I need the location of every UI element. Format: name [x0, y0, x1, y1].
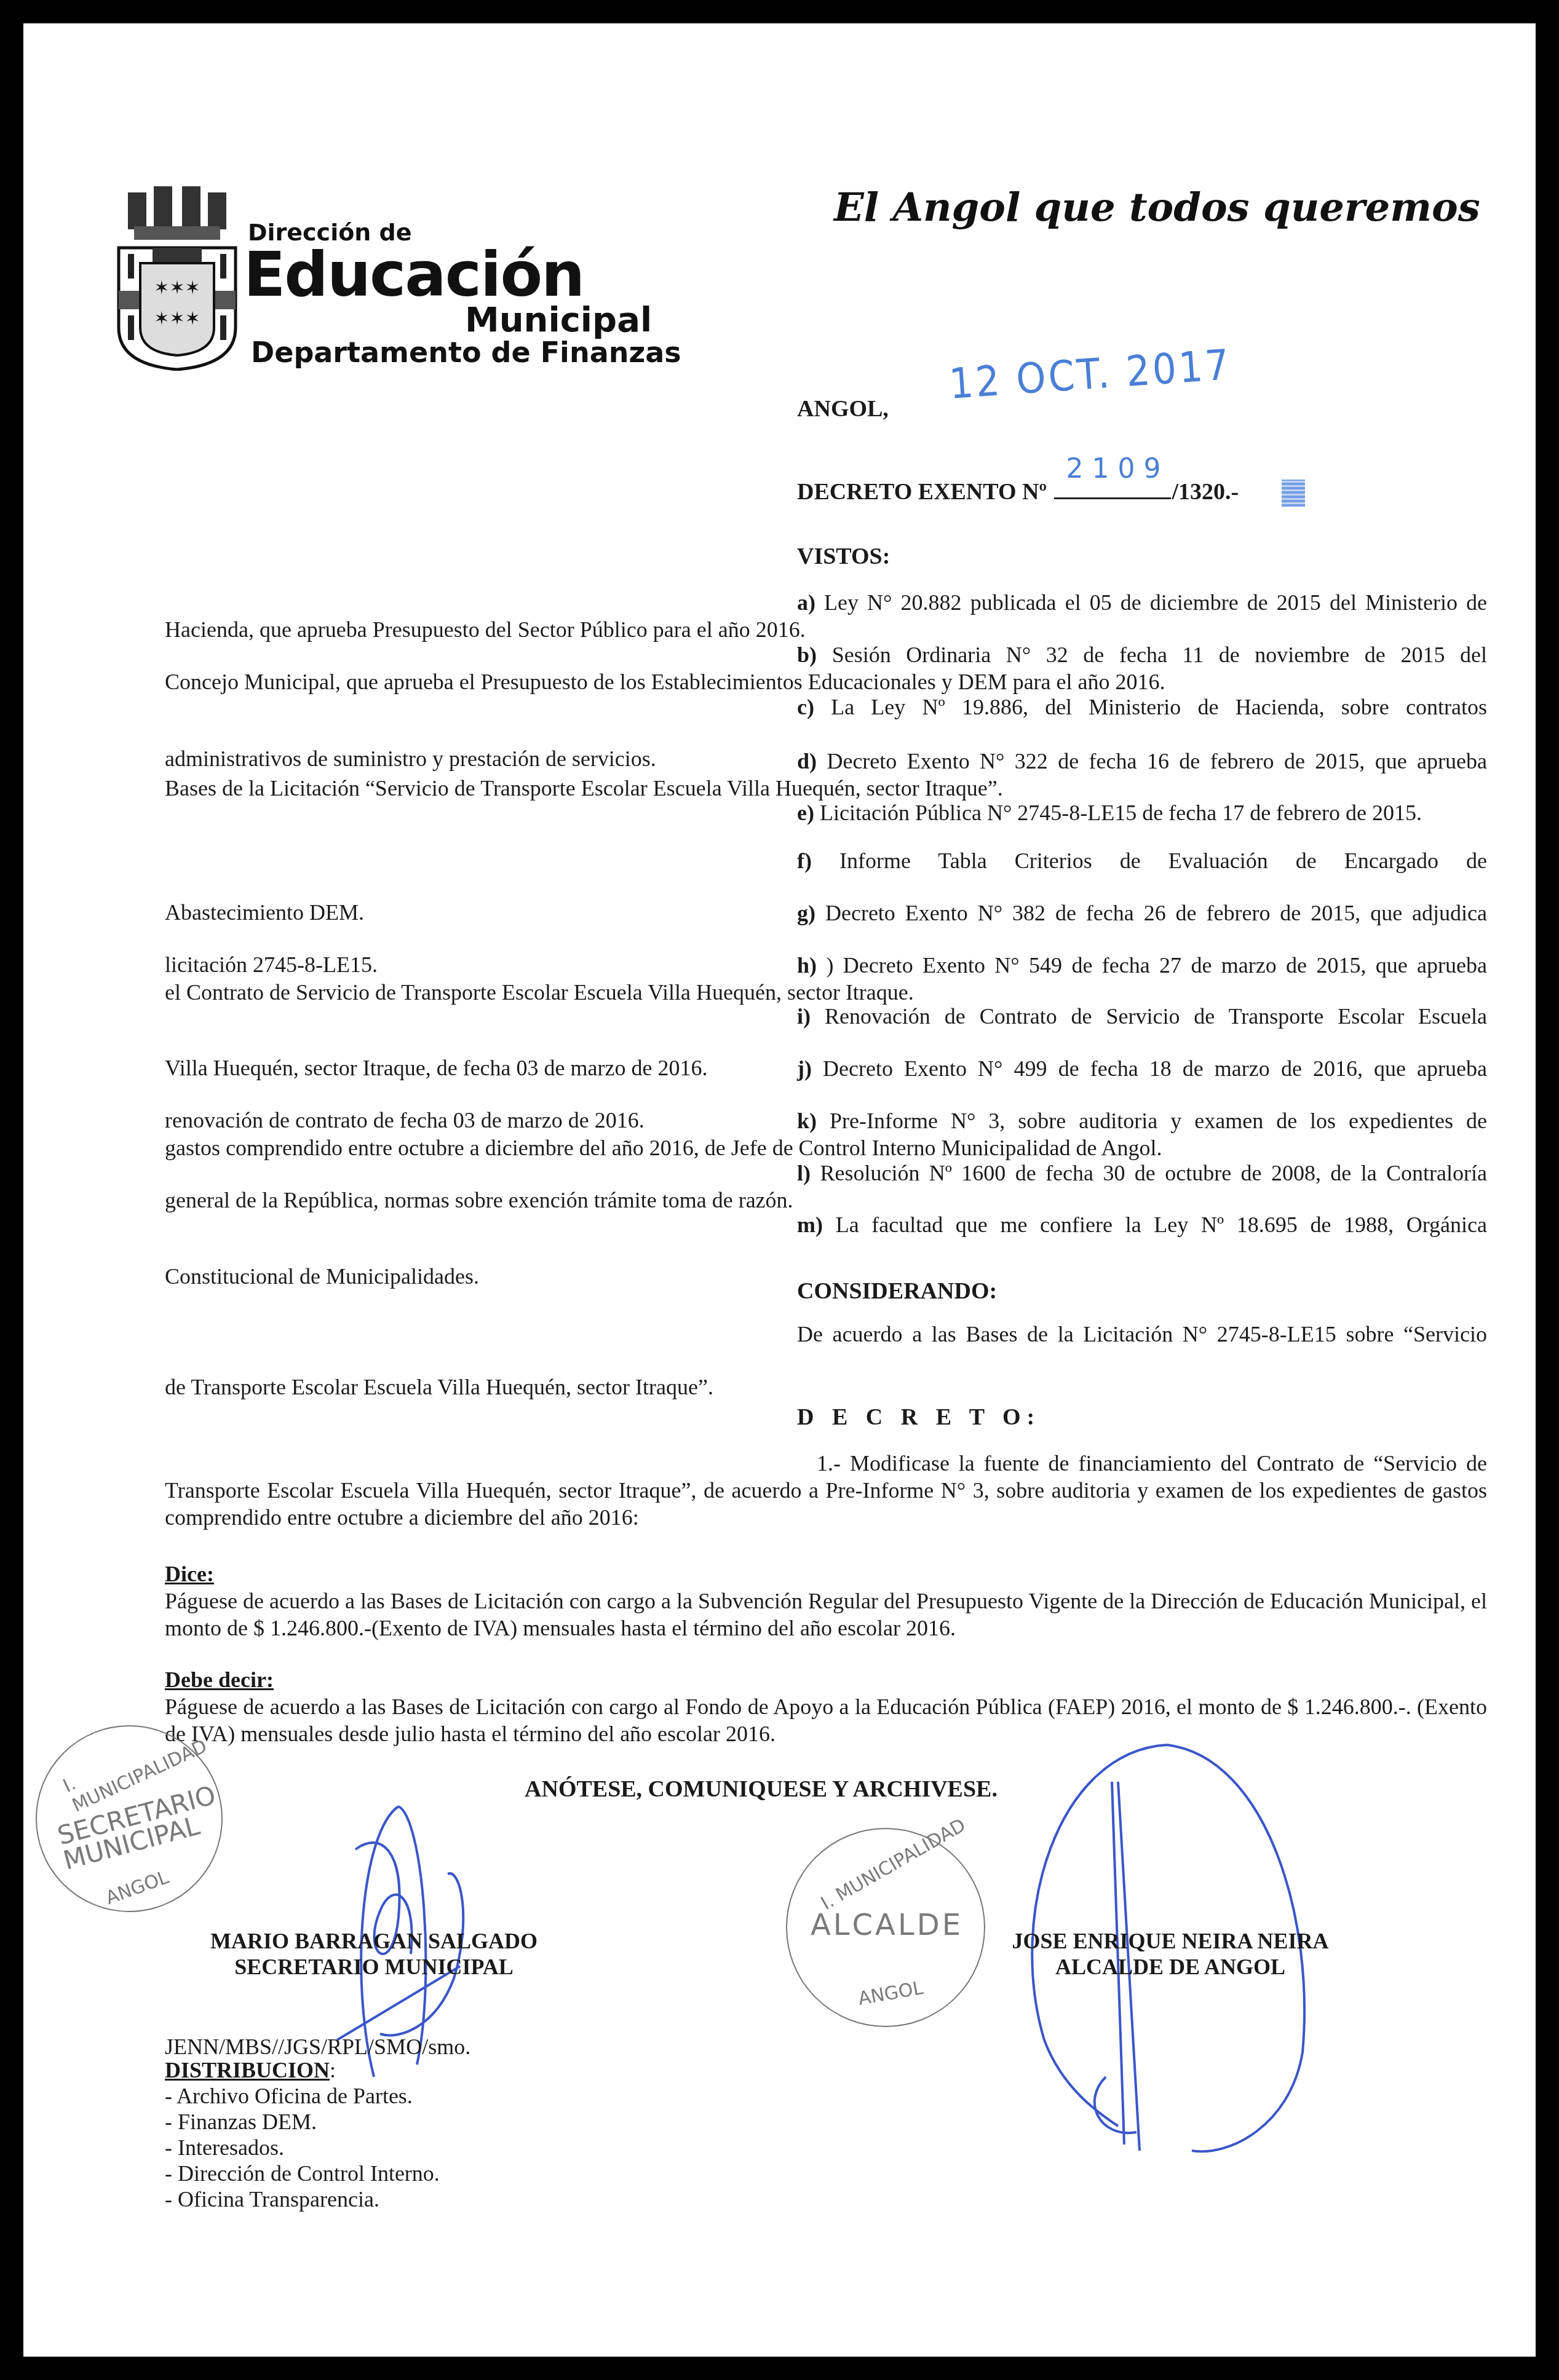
decreto-item-1: 1.- Modificase la fuente de financiamien…: [165, 1450, 1487, 1531]
motto: El Angol que todos queremos: [834, 184, 1480, 231]
decree-page: ✶✶✶ ✶✶✶ Dirección de Educación Municipal…: [23, 23, 1536, 2357]
vistos-heading: VISTOS:: [797, 543, 890, 570]
vistos-item: e) Licitación Pública N° 2745-8-LE15 de …: [165, 799, 1487, 826]
considerando-paragraph: De acuerdo a las Bases de la Licitación …: [165, 1321, 1487, 1401]
decree-number-line: DECRETO EXENTO Nº 2109/1320.-: [797, 478, 1239, 505]
initials-line: JENN/MBS//JGS/RPL/SMO/smo.: [165, 2034, 470, 2060]
considerando-heading: CONSIDERANDO:: [797, 1278, 997, 1305]
letterhead-line3: Municipal: [465, 300, 652, 340]
vistos-item: k) Pre-Informe N° 3, sobre auditoria y e…: [165, 1107, 1487, 1161]
decree-number-stamp: 2109: [1066, 453, 1170, 484]
svg-text:✶✶✶: ✶✶✶: [154, 278, 200, 298]
vistos-item: a) Ley N° 20.882 publicada el 05 de dici…: [165, 589, 1487, 643]
decree-label: DECRETO EXENTO Nº: [797, 479, 1047, 505]
small-stamp-mark: [1282, 480, 1305, 507]
secretario-seal: I. MUNICIPALIDAD SECRETARIO MUNICIPAL AN…: [36, 1725, 223, 1912]
svg-text:✶✶✶: ✶✶✶: [154, 309, 200, 329]
distribution-item: - Archivo Oficina de Partes.: [165, 2083, 440, 2109]
distribution-item: - Dirección de Control Interno.: [165, 2161, 440, 2186]
dice-section: Dice: Páguese de acuerdo a las Bases de …: [165, 1560, 1487, 1642]
distribution-list: DISTRIBUCION: - Archivo Oficina de Parte…: [165, 2057, 440, 2212]
alcalde-signature-block: JOSE ENRIQUE NEIRA NEIRA ALCALDE DE ANGO…: [998, 1928, 1343, 1980]
alcalde-seal: I. MUNICIPALIDAD ALCALDE ANGOL: [786, 1828, 985, 2027]
debe-decir-title: Debe decir:: [165, 1667, 274, 1692]
decree-suffix: /1320.-: [1172, 479, 1239, 505]
closing-formula: ANÓTESE, COMUNIQUESE Y ARCHIVESE.: [525, 1776, 998, 1803]
distribution-title: DISTRIBUCION: [165, 2058, 330, 2082]
distribution-item: - Finanzas DEM.: [165, 2109, 440, 2135]
distribution-items: - Archivo Oficina de Partes.- Finanzas D…: [165, 2083, 440, 2212]
distribution-item: - Interesados.: [165, 2135, 440, 2161]
secretario-title: SECRETARIO MUNICIPAL: [183, 1954, 565, 1980]
city-heading: ANGOL,: [797, 395, 889, 422]
vistos-item: d) Decreto Exento N° 322 de fecha 16 de …: [165, 748, 1487, 802]
date-stamp: 12 OCT. 2017: [948, 341, 1233, 409]
secretario-signature-block: MARIO BARRAGAN SALGADO SECRETARIO MUNICI…: [183, 1928, 565, 1980]
vistos-item: l) Resolución Nº 1600 de fecha 30 de oct…: [165, 1160, 1487, 1214]
dice-text: Páguese de acuerdo a las Bases de Licita…: [165, 1589, 1487, 1640]
vistos-item: h) ) Decreto Exento N° 549 de fecha 27 d…: [165, 952, 1487, 1006]
secretario-name: MARIO BARRAGAN SALGADO: [183, 1928, 565, 1954]
alcalde-name: JOSE ENRIQUE NEIRA NEIRA: [998, 1928, 1343, 1954]
decree-number-blank: 2109: [1054, 479, 1171, 499]
letterhead-department: Departamento de Finanzas: [251, 336, 681, 369]
alcalde-title: ALCALDE DE ANGOL: [998, 1954, 1343, 1980]
coat-of-arms-icon: ✶✶✶ ✶✶✶: [116, 186, 239, 371]
distribution-item: - Oficina Transparencia.: [165, 2186, 440, 2212]
vistos-item: b) Sesión Ordinaria N° 32 de fecha 11 de…: [165, 641, 1487, 695]
decreto-heading: D E C R E T O:: [797, 1404, 1041, 1431]
dice-title: Dice:: [165, 1562, 214, 1586]
